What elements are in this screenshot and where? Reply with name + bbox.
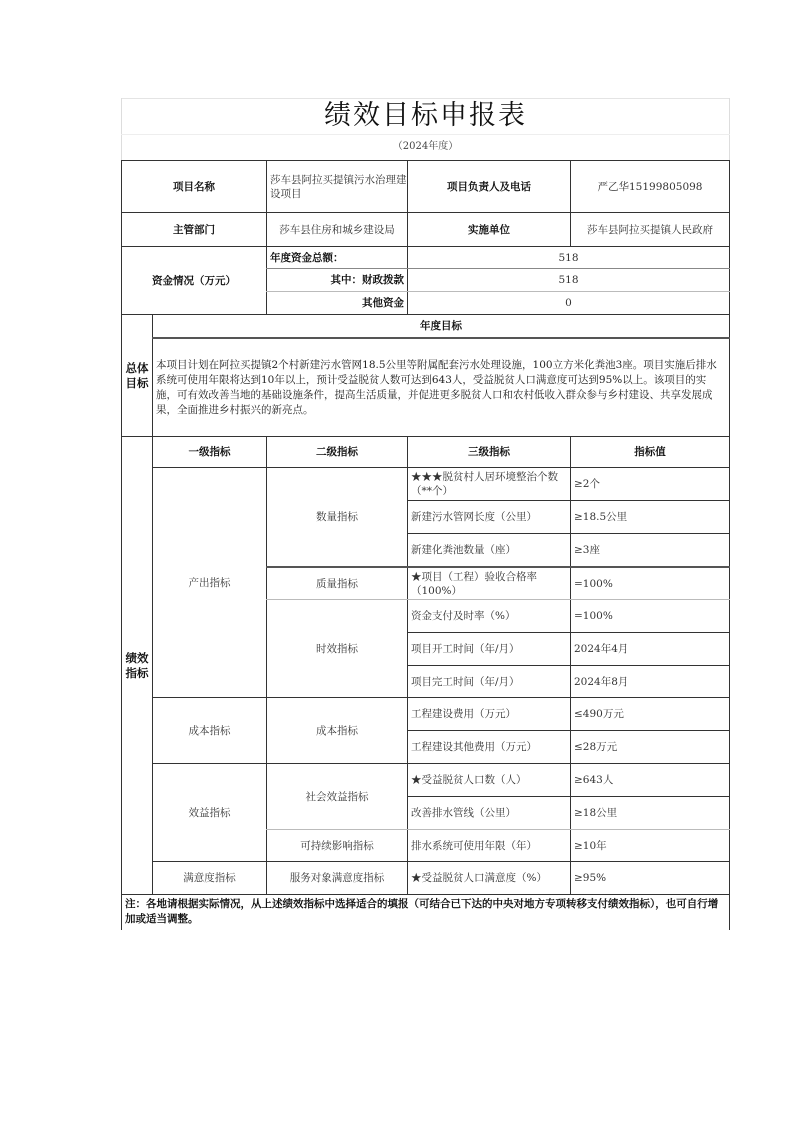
- level2-timeliness: 时效指标: [267, 600, 407, 697]
- indicator-value: ≥10年: [571, 830, 729, 861]
- page-title: 绩效目标申报表: [121, 98, 730, 134]
- col-header-value: 指标值: [571, 437, 729, 467]
- level1-benefit: 效益指标: [153, 764, 266, 861]
- table-right-border: [729, 160, 730, 930]
- indicator-value: 2024年8月: [571, 666, 729, 697]
- indicator-name: 资金支付及时率（%）: [408, 600, 570, 632]
- level1-output: 产出指标: [153, 468, 266, 697]
- indicator-name: 项目开工时间（年/月）: [408, 633, 570, 665]
- level1-cost: 成本指标: [153, 698, 266, 763]
- level2-service-satisfaction: 服务对象满意度指标: [267, 862, 407, 894]
- funds-other-label: 其他资金: [267, 292, 407, 314]
- indicator-name: ★★★脱贫村人居环境整治个数（**个）: [408, 468, 570, 500]
- indicator-name: 排水系统可使用年限（年）: [408, 830, 570, 861]
- level2-cost: 成本指标: [267, 698, 407, 763]
- dept-label: 主管部门: [122, 213, 266, 246]
- indicator-name: 工程建设费用（万元）: [408, 698, 570, 730]
- unit-value: 莎车县阿拉买提镇人民政府: [571, 213, 729, 246]
- overall-goal-side-text: 总体目标: [124, 361, 150, 391]
- col-header-level1: 一级指标: [153, 437, 266, 467]
- footnote: 注：各地请根据实际情况，从上述绩效指标中选择适合的填报（可结合已下达的中央对地方…: [122, 895, 729, 930]
- indicator-value: 2024年4月: [571, 633, 729, 665]
- level1-satisfaction: 满意度指标: [153, 862, 266, 894]
- report-year: （2024年度）: [121, 134, 730, 160]
- annual-goal-text: 本项目计划在阿拉买提镇2个村新建污水管网18.5公里等附属配套污水处理设施，10…: [153, 339, 729, 436]
- indicator-value: ≥2个: [571, 468, 729, 500]
- overall-goal-side-label: 总体目标: [122, 315, 152, 436]
- level2-quantity: 数量指标: [267, 468, 407, 566]
- funds-total-label: 年度资金总额：: [267, 247, 407, 268]
- indicator-value: =100%: [571, 600, 729, 632]
- indicator-name: 项目完工时间（年/月）: [408, 666, 570, 697]
- indicator-name: 工程建设其他费用（万元）: [408, 731, 570, 763]
- level2-sustainability: 可持续影响指标: [267, 830, 407, 861]
- indicators-side-label: 绩效指标: [122, 437, 152, 894]
- indicators-side-text: 绩效指标: [124, 651, 150, 681]
- indicator-name: ★项目（工程）验收合格率（100%）: [408, 568, 570, 599]
- indicator-name: 新建污水管网长度（公里）: [408, 501, 570, 533]
- indicator-value: ≥95%: [571, 862, 729, 894]
- col-header-level3: 三级指标: [408, 437, 570, 467]
- indicator-value: ≤28万元: [571, 731, 729, 763]
- funds-total-value: 518: [408, 247, 729, 268]
- col-header-level2: 二级指标: [267, 437, 407, 467]
- funds-other-value: 0: [408, 292, 729, 314]
- indicator-value: =100%: [571, 568, 729, 599]
- indicator-name: ★受益脱贫人口满意度（%）: [408, 862, 570, 894]
- indicator-value: ≥18公里: [571, 797, 729, 829]
- level2-social-benefit: 社会效益指标: [267, 764, 407, 829]
- indicator-value: ≤490万元: [571, 698, 729, 730]
- leader-label: 项目负责人及电话: [408, 161, 570, 212]
- unit-label: 实施单位: [408, 213, 570, 246]
- dept-value: 莎车县住房和城乡建设局: [267, 213, 407, 246]
- indicator-value: ≥18.5公里: [571, 501, 729, 533]
- funds-label: 资金情况（万元）: [122, 247, 266, 314]
- project-name-label: 项目名称: [122, 161, 266, 212]
- project-name-value: 莎车县阿拉买提镇污水治理建设项目: [267, 161, 407, 212]
- leader-value: 严乙华15199805098: [571, 161, 729, 212]
- level2-quality: 质量指标: [267, 568, 407, 599]
- indicator-name: ★受益脱贫人口数（人）: [408, 764, 570, 796]
- funds-fiscal-value: 518: [408, 269, 729, 291]
- indicator-name: 改善排水管线（公里）: [408, 797, 570, 829]
- indicator-value: ≥3座: [571, 534, 729, 566]
- funds-fiscal-label: 其中：财政拨款: [267, 269, 407, 291]
- annual-goal-header: 年度目标: [153, 315, 729, 337]
- indicator-name: 新建化粪池数量（座）: [408, 534, 570, 566]
- indicator-value: ≥643人: [571, 764, 729, 796]
